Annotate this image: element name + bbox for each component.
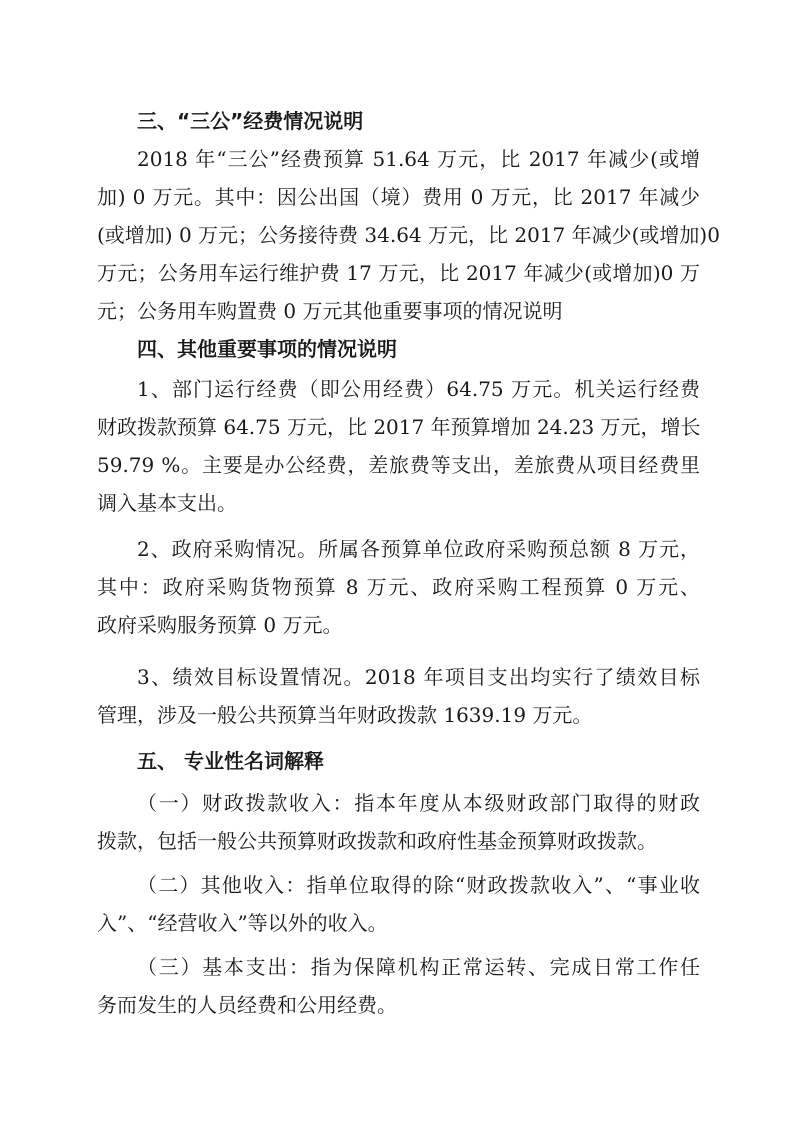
paragraph-line: 调入基本支出。	[97, 488, 700, 518]
paragraph-line: 政府采购服务预算 0 万元。	[97, 610, 700, 640]
paragraph-line: （二）其他收入：指单位取得的除“财政拨款收入”、“事业收	[97, 870, 700, 900]
paragraph-line: 务而发生的人员经费和公用经费。	[97, 990, 700, 1020]
paragraph-line: 财政拨款预算 64.75 万元，比 2017 年预算增加 24.23 万元，增长	[97, 412, 700, 442]
paragraph-line: 其中：政府采购货物预算 8 万元、政府采购工程预算 0 万元、	[97, 572, 700, 602]
paragraph-line: 3、绩效目标设置情况。2018 年项目支出均实行了绩效目标	[97, 662, 700, 692]
paragraph-line: 入”、“经营收入”等以外的收入。	[97, 908, 700, 938]
paragraph-line: （一）财政拨款收入：指本年度从本级财政部门取得的财政	[97, 788, 700, 818]
paragraph-line: 59.79 %。主要是办公经费，差旅费等支出，差旅费从项目经费里	[97, 450, 700, 480]
paragraph-line: 加) 0 万元。其中：因公出国（境）费用 0 万元，比 2017 年减少	[97, 182, 700, 212]
section-heading-terminology: 五、 专业性名词解释	[97, 746, 700, 776]
paragraph-line: （三）基本支出：指为保障机构正常运转、完成日常工作任	[97, 952, 700, 982]
paragraph-line: 2018 年“三公”经费预算 51.64 万元，比 2017 年减少(或增	[97, 144, 700, 174]
paragraph-line: 管理，涉及一般公共预算当年财政拨款 1639.19 万元。	[97, 700, 700, 730]
paragraph-line: (或增加) 0 万元；公务接待费 34.64 万元，比 2017 年减少(或增加…	[97, 220, 700, 250]
paragraph-line: 万元；公务用车运行维护费 17 万元，比 2017 年减少(或增加)0 万	[97, 258, 700, 288]
section-heading-sangong: 三、“三公”经费情况说明	[97, 106, 700, 136]
paragraph-line: 1、部门运行经费（即公用经费）64.75 万元。机关运行经费	[97, 374, 700, 404]
paragraph-line: 元；公务用车购置费 0 万元其他重要事项的情况说明	[97, 296, 700, 326]
section-heading-other-matters: 四、其他重要事项的情况说明	[97, 334, 700, 364]
paragraph-line: 2、政府采购情况。所属各预算单位政府采购预总额 8 万元，	[97, 534, 700, 564]
paragraph-line: 拨款，包括一般公共预算财政拨款和政府性基金预算财政拨款。	[97, 826, 700, 856]
